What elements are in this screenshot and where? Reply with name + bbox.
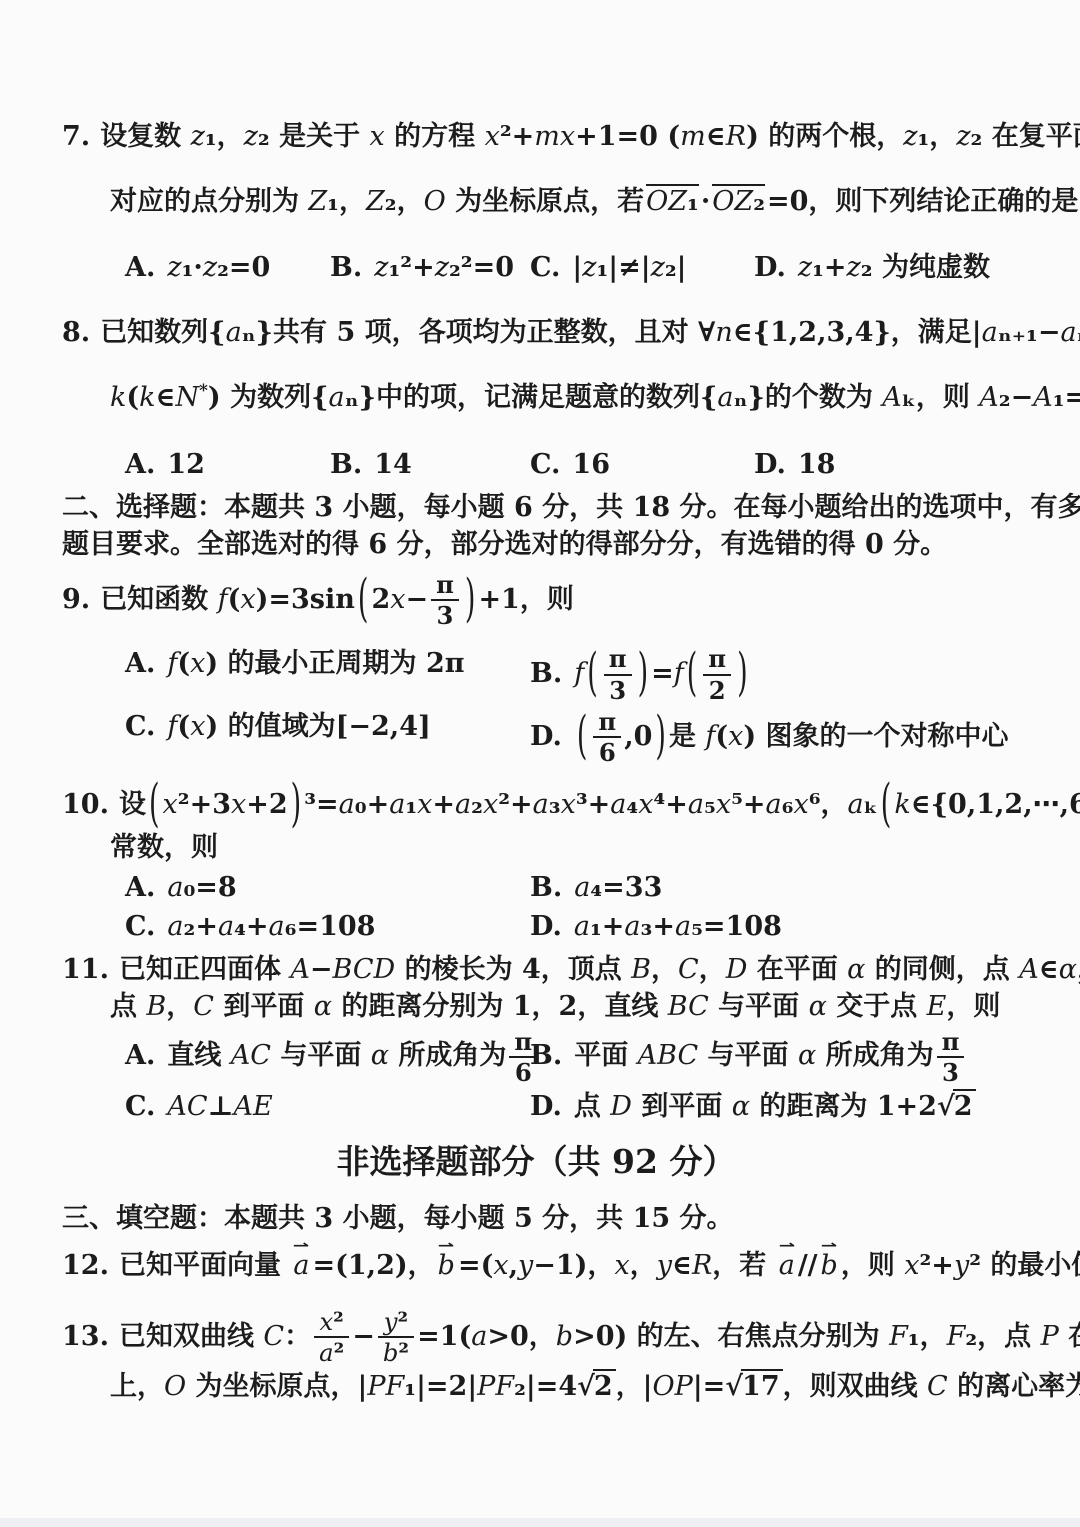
section-3-text: 三、填空题：本题共 3 小题，每小题 5 分，共 15 分。 [62, 1203, 734, 1234]
problem-10-options-row-1: A.a₀=8 B.a₄=33 [62, 869, 1010, 906]
option-text: 18 [798, 449, 836, 480]
option-label: D. [530, 1091, 562, 1122]
section-header-title: 非选择题部分（共 92 分） [62, 1139, 1010, 1185]
option-text: |z₁|≠|z₂| [572, 252, 686, 283]
problem-7-options: A.z₁·z₂=0 B.z₁²+z₂²=0 C.|z₁|≠|z₂| D.z₁+z… [62, 249, 1010, 286]
problem-9-option-c: C.f(x) 的值域为[−2,4] [125, 708, 530, 766]
problem-8-line-2: k(k∈N*) 为数列{aₙ}中的项，记满足题意的数列{aₙ}的个数为 Aₖ，则… [62, 379, 1010, 416]
option-label: D. [754, 252, 786, 283]
section-header-text: 非选择题部分（共 92 分） [337, 1142, 736, 1181]
problem-9-number: 9. [62, 584, 90, 615]
problem-9-options-row-1: A.f(x) 的最小正周期为 2π B.f(π3)=f(π2) [62, 645, 1010, 703]
option-text: (π6,0)是 f(x) 图象的一个对称中心 [574, 721, 1009, 752]
problem-8-option-a: A.12 [125, 446, 330, 483]
option-label: B. [530, 1040, 562, 1071]
option-label: C. [125, 1091, 155, 1122]
problem-11-options-row-2: C.AC⊥AE D.点 D 到平面 α 的距离为 1+2√2 [62, 1088, 1010, 1125]
option-text: 直线 AC 与平面 α 所成角为π6 [167, 1040, 540, 1071]
problem-9-text: 已知函数 f(x)=3sin(2x−π3)+1，则 [100, 584, 574, 615]
problem-11-option-d: D.点 D 到平面 α 的距离为 1+2√2 [530, 1088, 1010, 1125]
problem-11-option-a: A.直线 AC 与平面 α 所成角为π6 [125, 1028, 530, 1086]
problem-10-option-c: C.a₂+a₄+a₆=108 [125, 908, 530, 945]
problem-7-text-1: 设复数 z₁，z₂ 是关于 x 的方程 x²+mx+1=0 (m∈R) 的两个根… [100, 121, 1080, 152]
problem-13-line-2: 上，O 为坐标原点，|PF₁|=2|PF₂|=4√2，|OP|=√17，则双曲线… [62, 1368, 1010, 1405]
option-text: AC⊥AE [167, 1091, 272, 1122]
option-label: B. [530, 658, 562, 689]
problem-11-text-1: 已知正四面体 A−BCD 的棱长为 4，顶点 B，C，D 在平面 α 的同侧，点… [119, 954, 1080, 985]
problem-7-text-2: 对应的点分别为 Z₁，Z₂，O 为坐标原点，若OZ₁·OZ₂=0，则下列结论正确… [110, 186, 1078, 217]
problem-10-number: 10. [62, 789, 109, 820]
problem-10-line-1: 10.设(x²+3x+2)³=a₀+a₁x+a₂x²+a₃x³+a₄x⁴+a₅x… [62, 786, 1010, 823]
problem-12-line-1: 12.已知平面向量 a⇀=(1,2)，b⇀=(x,y−1)，x，y∈R，若 a⇀… [62, 1247, 1010, 1284]
option-text: f(x) 的最小正周期为 2π [167, 648, 464, 679]
problem-10-option-b: B.a₄=33 [530, 869, 1010, 906]
option-text: a₄=33 [574, 872, 662, 903]
problem-10-text-1: 设(x²+3x+2)³=a₀+a₁x+a₂x²+a₃x³+a₄x⁴+a₅x⁵+a… [119, 789, 1080, 820]
problem-11-option-c: C.AC⊥AE [125, 1088, 530, 1125]
problem-10-line-2: 常数，则 [62, 829, 1010, 866]
section-3-instructions: 三、填空题：本题共 3 小题，每小题 5 分，共 15 分。 [62, 1200, 1010, 1237]
exam-page: 7.设复数 z₁，z₂ 是关于 x 的方程 x²+mx+1=0 (m∈R) 的两… [0, 0, 1080, 1527]
option-label: D. [754, 449, 786, 480]
problem-7-option-d: D.z₁+z₂ 为纯虚数 [754, 249, 1010, 286]
option-label: B. [330, 252, 362, 283]
problem-8-option-d: D.18 [754, 446, 1010, 483]
problem-8-number: 8. [62, 317, 90, 348]
problem-9-stem: 9.已知函数 f(x)=3sin(2x−π3)+1，则 [62, 571, 1010, 629]
problem-9-options-row-2: C.f(x) 的值域为[−2,4] D.(π6,0)是 f(x) 图象的一个对称… [62, 708, 1010, 766]
problem-10-option-d: D.a₁+a₃+a₅=108 [530, 908, 1010, 945]
problem-8-text-2: k(k∈N*) 为数列{aₙ}中的项，记满足题意的数列{aₙ}的个数为 Aₖ，则… [110, 382, 1080, 413]
option-text: a₂+a₄+a₆=108 [167, 911, 375, 942]
option-label: B. [330, 449, 362, 480]
option-label: C. [530, 449, 560, 480]
option-label: A. [125, 872, 155, 903]
problem-8-text-1: 已知数列{aₙ}共有 5 项，各项均为正整数，且对 ∀n∈{1,2,3,4}，满… [100, 317, 1080, 348]
option-text: 16 [572, 449, 610, 480]
option-text: a₀=8 [167, 872, 236, 903]
option-text: f(x) 的值域为[−2,4] [167, 711, 430, 742]
option-text: z₁²+z₂²=0 [374, 252, 514, 283]
option-text: 点 D 到平面 α 的距离为 1+2√2 [574, 1091, 976, 1122]
problem-8-options: A.12 B.14 C.16 D.18 [62, 446, 1010, 483]
problem-13-number: 13. [62, 1321, 109, 1352]
problem-11-line-1: 11.已知正四面体 A−BCD 的棱长为 4，顶点 B，C，D 在平面 α 的同… [62, 951, 1010, 988]
option-label: C. [125, 911, 155, 942]
problem-8-option-b: B.14 [330, 446, 530, 483]
option-text: f(π3)=f(π2) [574, 658, 750, 689]
problem-11-option-b: B.平面 ABC 与平面 α 所成角为π3 [530, 1028, 1010, 1086]
problem-7-line-1: 7.设复数 z₁，z₂ 是关于 x 的方程 x²+mx+1=0 (m∈R) 的两… [62, 118, 1010, 155]
problem-8-line-1: 8.已知数列{aₙ}共有 5 项，各项均为正整数，且对 ∀n∈{1,2,3,4}… [62, 314, 1010, 351]
problem-10-options-row-2: C.a₂+a₄+a₆=108 D.a₁+a₃+a₅=108 [62, 908, 1010, 945]
option-text: 14 [374, 449, 412, 480]
problem-7-line-2: 对应的点分别为 Z₁，Z₂，O 为坐标原点，若OZ₁·OZ₂=0，则下列结论正确… [62, 183, 1010, 220]
option-text: a₁+a₃+a₅=108 [574, 911, 782, 942]
problem-9-option-d: D.(π6,0)是 f(x) 图象的一个对称中心 [530, 708, 1010, 766]
problem-13-line-1: 13.已知双曲线 C：x²a²−y²b²=1(a>0，b>0) 的左、右焦点分别… [62, 1308, 1010, 1366]
problem-9-option-b: B.f(π3)=f(π2) [530, 645, 1010, 703]
option-label: A. [125, 648, 155, 679]
page-bottom-edge [0, 1518, 1080, 1527]
problem-10-text-2: 常数，则 [110, 832, 218, 863]
section-2-text-1: 二、选择题：本题共 3 小题，每小题 6 分，共 18 分。在每小题给出的选项中… [62, 492, 1080, 523]
option-label: A. [125, 449, 155, 480]
option-label: C. [530, 252, 560, 283]
section-2-instructions-line-2: 题目要求。全部选对的得 6 分，部分选对的得部分分，有选错的得 0 分。 [62, 526, 1010, 563]
problem-11-line-2: 点 B，C 到平面 α 的距离分别为 1，2，直线 BC 与平面 α 交于点 E… [62, 988, 1010, 1025]
section-2-text-2: 题目要求。全部选对的得 6 分，部分选对的得部分分，有选错的得 0 分。 [62, 529, 947, 560]
option-label: A. [125, 252, 155, 283]
option-label: C. [125, 711, 155, 742]
problem-11-options-row-1: A.直线 AC 与平面 α 所成角为π6 B.平面 ABC 与平面 α 所成角为… [62, 1028, 1010, 1086]
option-text: z₁+z₂ 为纯虚数 [798, 252, 990, 283]
problem-7-option-a: A.z₁·z₂=0 [125, 249, 330, 286]
problem-12-text: 已知平面向量 a⇀=(1,2)，b⇀=(x,y−1)，x，y∈R，若 a⇀//b… [119, 1250, 1080, 1281]
problem-8-option-c: C.16 [530, 446, 754, 483]
option-text: 12 [167, 449, 205, 480]
problem-11-text-2: 点 B，C 到平面 α 的距离分别为 1，2，直线 BC 与平面 α 交于点 E… [110, 991, 1000, 1022]
problem-13-text-1: 已知双曲线 C：x²a²−y²b²=1(a>0，b>0) 的左、右焦点分别为 F… [119, 1321, 1080, 1352]
problem-9-option-a: A.f(x) 的最小正周期为 2π [125, 645, 530, 703]
problem-7-number: 7. [62, 121, 90, 152]
problem-12-number: 12. [62, 1250, 109, 1281]
section-2-instructions-line-1: 二、选择题：本题共 3 小题，每小题 6 分，共 18 分。在每小题给出的选项中… [62, 489, 1010, 526]
option-label: B. [530, 872, 562, 903]
option-text: 平面 ABC 与平面 α 所成角为π3 [574, 1040, 967, 1071]
problem-10-option-a: A.a₀=8 [125, 869, 530, 906]
problem-13-text-2: 上，O 为坐标原点，|PF₁|=2|PF₂|=4√2，|OP|=√17，则双曲线… [110, 1371, 1080, 1407]
problem-7-option-b: B.z₁²+z₂²=0 [330, 249, 530, 286]
option-label: D. [530, 721, 562, 752]
option-label: D. [530, 911, 562, 942]
option-text: z₁·z₂=0 [167, 252, 270, 283]
problem-11-number: 11. [62, 954, 109, 985]
option-label: A. [125, 1040, 155, 1071]
problem-7-option-c: C.|z₁|≠|z₂| [530, 249, 754, 286]
